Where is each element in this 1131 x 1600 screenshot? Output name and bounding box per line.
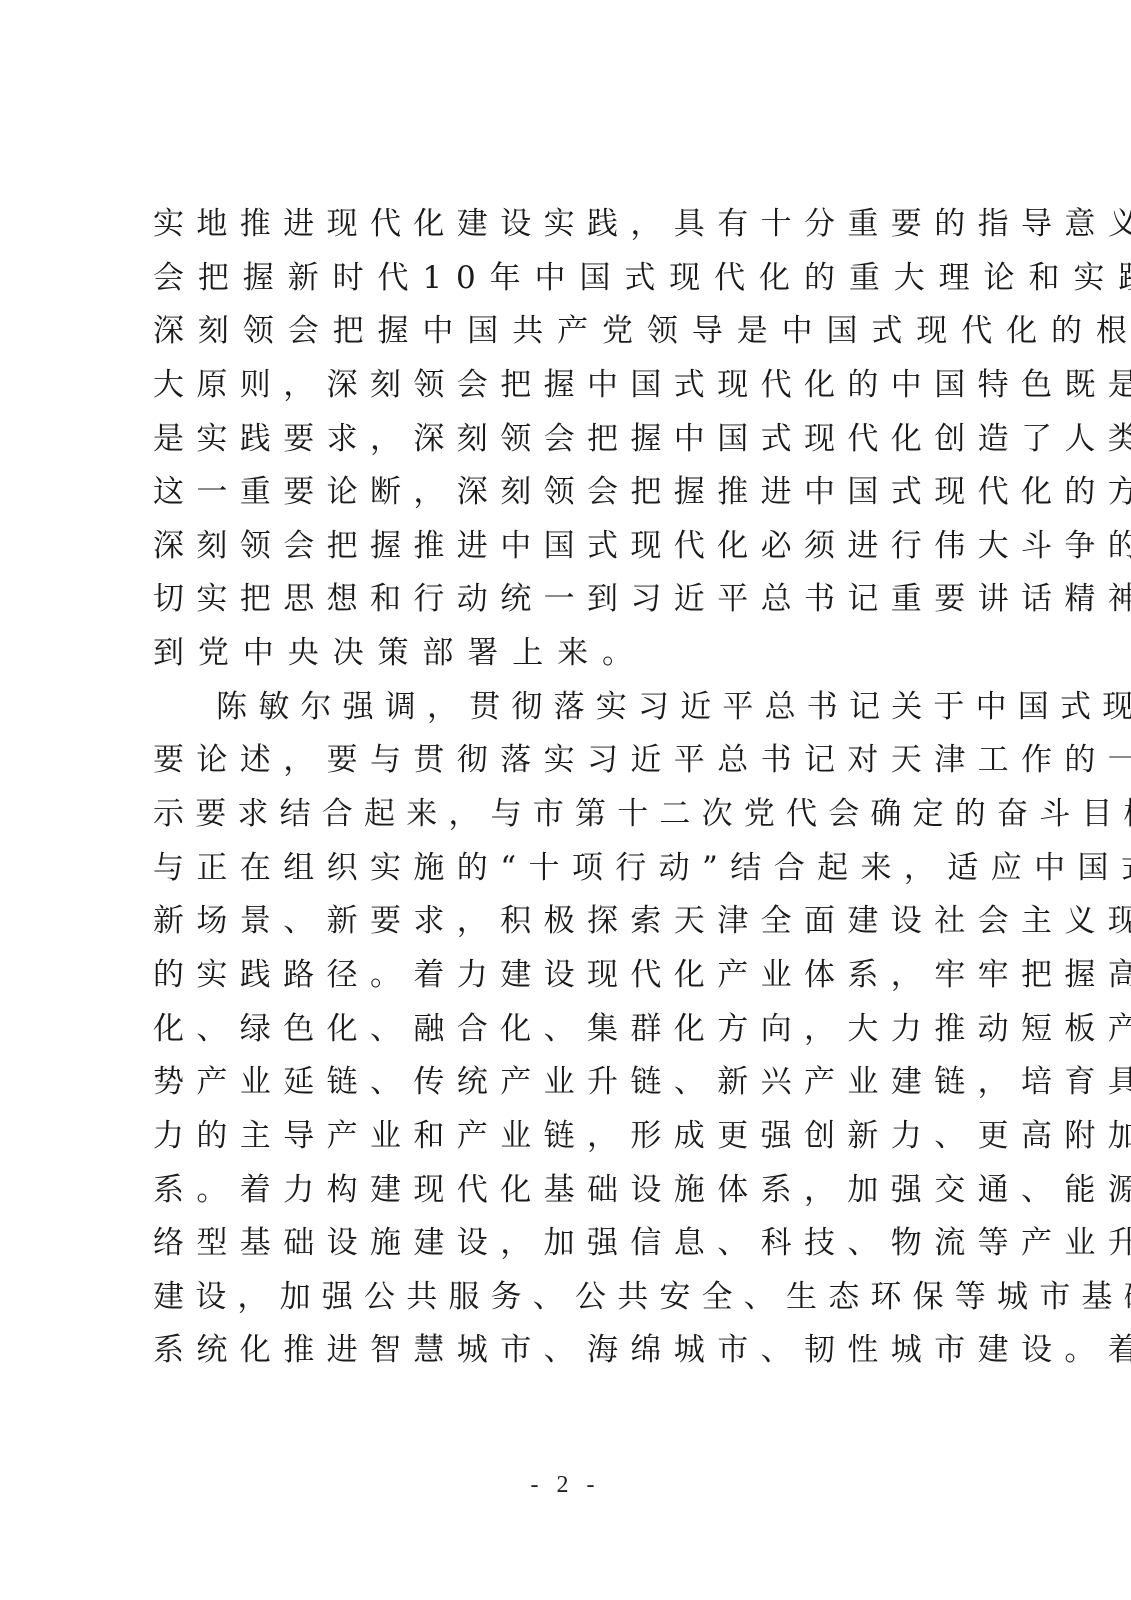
- text-line: 势产业延链、传统产业升链、新兴产业建链，培育具有核心竞争: [153, 1056, 983, 1110]
- text-line: 示要求结合起来，与市第十二次党代会确定的奋斗目标结合起来，: [153, 788, 983, 842]
- text-line: 深刻领会把握中国共产党领导是中国式现代化的根本前提和重: [153, 305, 983, 359]
- text-line: 大原则，深刻领会把握中国式现代化的中国特色既是理论概括也: [153, 359, 983, 413]
- text-line: 的实践路径。着力建设现代化产业体系，牢牢把握高端化、智能: [153, 949, 983, 1003]
- text-line: 与正在组织实施的“十项行动”结合起来，适应中国式现代化的: [153, 842, 983, 896]
- text-line: 是实践要求，深刻领会把握中国式现代化创造了人类文明新形态: [153, 413, 983, 467]
- text-line: 化、绿色化、融合化、集群化方向，大力推动短板产业补链、优: [153, 1003, 983, 1057]
- paragraph-start-line: 陈敏尔强调，贯彻落实习近平总书记关于中国式现代化的重: [153, 681, 983, 735]
- text-line: 实地推进现代化建设实践，具有十分重要的指导意义。要深刻领: [153, 198, 983, 252]
- text-line: 要论述，要与贯彻落实习近平总书记对天津工作的一系列重要指: [153, 734, 983, 788]
- text-line: 系。着力构建现代化基础设施体系，加强交通、能源、水利等网: [153, 1164, 983, 1218]
- text-line: 建设，加强公共服务、公共安全、生态环保等城市基础设施建设，: [153, 1271, 983, 1325]
- text-line: 力的主导产业和产业链，形成更强创新力、更高附加值的产业体: [153, 1110, 983, 1164]
- text-line: 这一重要论断，深刻领会把握推进中国式现代化的方法论要求，: [153, 466, 983, 520]
- text-line: 会把握新时代10年中国式现代化的重大理论和实践创新成果，: [153, 252, 983, 306]
- text-line: 络型基础设施建设，加强信息、科技、物流等产业升级基础设施: [153, 1217, 983, 1271]
- text-line: 切实把思想和行动统一到习近平总书记重要讲话精神上来，统一: [153, 573, 983, 627]
- body-text: 实地推进现代化建设实践，具有十分重要的指导意义。要深刻领 会把握新时代10年中国…: [153, 198, 983, 1378]
- document-page: 实地推进现代化建设实践，具有十分重要的指导意义。要深刻领 会把握新时代10年中国…: [0, 0, 1131, 1600]
- text-line: 深刻领会把握推进中国式现代化必须进行伟大斗争的重要要求，: [153, 520, 983, 574]
- page-number: - 2 -: [0, 1472, 1131, 1499]
- text-line: 系统化推进智慧城市、海绵城市、韧性城市建设。着力抓好科技: [153, 1324, 983, 1378]
- text-line: 到党中央决策部署上来。: [153, 627, 983, 681]
- text-line: 新场景、新要求，积极探索天津全面建设社会主义现代化大都市: [153, 895, 983, 949]
